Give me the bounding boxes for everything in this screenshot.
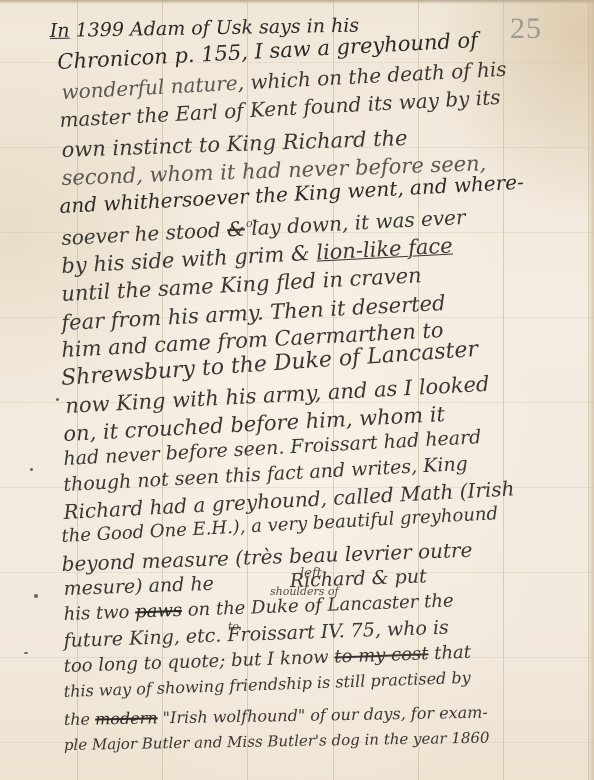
manuscript-line: ple Major Butler and Miss Butler's dog i… [64, 731, 490, 753]
margin-mark [34, 594, 38, 598]
line-fragment: "Irish wolfhound" of our days, for exam- [163, 703, 488, 728]
line-fragment: the [64, 710, 91, 729]
struck-text: to my cost [334, 643, 429, 667]
line-fragment: his two [63, 602, 129, 625]
paper-top-edge [0, 0, 594, 4]
manuscript-page: 25 In 1399 Adam of Usk says in his Chron… [0, 0, 594, 780]
line-fragment: on the [187, 598, 245, 621]
margin-mark [56, 398, 59, 401]
grid-line-vertical [503, 0, 504, 780]
line-fragment: too long to quote; but I know [63, 647, 329, 677]
line-fragment: soever he stood [61, 218, 221, 250]
line-fragment: Froissart IV. 75, who is [227, 617, 449, 647]
margin-mark [30, 468, 33, 471]
manuscript-line: the modern "Irish wolfhound" of our days… [64, 705, 488, 728]
line-fragment: In [50, 20, 70, 42]
line-fragment: mesure) and he [63, 573, 214, 600]
grid-line-vertical [588, 0, 589, 780]
line-fragment: Richard & put [289, 565, 427, 592]
struck-text: & [226, 216, 245, 241]
line-fragment: future King, etc. [63, 625, 221, 652]
line-fragment: that [434, 642, 472, 664]
struck-text: modern [95, 708, 158, 728]
margin-mark [24, 652, 28, 654]
underlined-text: lion-like face [316, 234, 454, 265]
page-number: 25 [510, 12, 542, 46]
struck-text: paws [135, 600, 183, 623]
